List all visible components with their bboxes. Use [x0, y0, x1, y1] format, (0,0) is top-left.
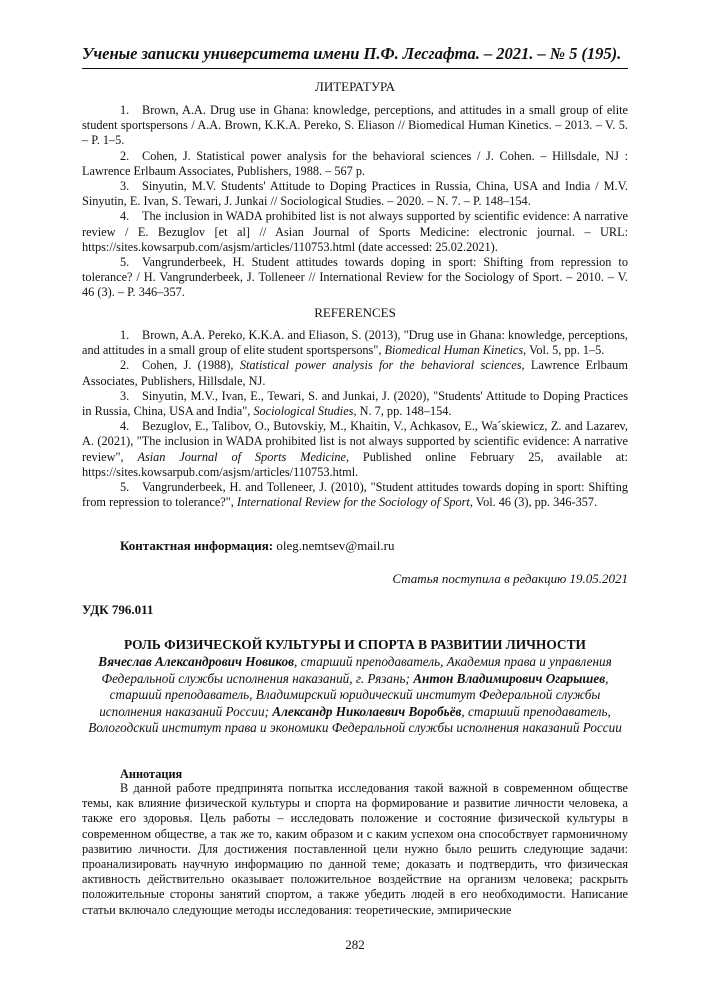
reference-item: 3.Sinyutin, M.V., Ivan, E., Tewari, S. a…: [82, 389, 628, 419]
article-title: РОЛЬ ФИЗИЧЕСКОЙ КУЛЬТУРЫ И СПОРТА В РАЗВ…: [82, 637, 628, 653]
reference-item: 5.Vangrunderbeek, H. and Tolleneer, J. (…: [82, 480, 628, 510]
contact-info: Контактная информация: oleg.nemtsev@mail…: [120, 538, 394, 554]
author-name: Вячеслав Александрович Новиков: [98, 654, 294, 669]
author-name: Александр Николаевич Воробьёв: [272, 704, 461, 719]
abstract-text: В данной работе предпринята попытка иссл…: [82, 781, 628, 918]
abstract-label: Аннотация: [120, 767, 182, 782]
literature-item: 2.Cohen, J. Statistical power analysis f…: [82, 149, 628, 179]
literature-heading: ЛИТЕРАТУРА: [82, 79, 628, 95]
page-number: 282: [82, 937, 628, 953]
contact-email[interactable]: oleg.nemtsev@mail.ru: [273, 538, 394, 553]
authors-block: Вячеслав Александрович Новиков, старший …: [82, 654, 628, 737]
contact-label: Контактная информация:: [120, 538, 273, 553]
reference-item: 2.Cohen, J. (1988), Statistical power an…: [82, 358, 628, 388]
literature-item: 4.The inclusion in WADA prohibited list …: [82, 209, 628, 255]
literature-list: 1.Brown, A.A. Drug use in Ghana: knowled…: [82, 103, 628, 301]
reference-item: 4.Bezuglov, E., Talibov, O., Butovskiy, …: [82, 419, 628, 480]
references-list: 1.Brown, A.A. Pereko, K.K.A. and Eliason…: [82, 328, 628, 510]
reference-item: 1.Brown, A.A. Pereko, K.K.A. and Eliason…: [82, 328, 628, 358]
literature-item: 3.Sinyutin, M.V. Students' Attitude to D…: [82, 179, 628, 209]
udk-code: УДК 796.011: [82, 602, 153, 618]
references-heading: REFERENCES: [82, 305, 628, 321]
literature-item: 5.Vangrunderbeek, H. Student attitudes t…: [82, 255, 628, 301]
author-name: Антон Владимирович Огарышев: [413, 671, 605, 686]
running-head: Ученые записки университета имени П.Ф. Л…: [82, 44, 628, 64]
header-rule: [82, 68, 628, 69]
literature-item: 1.Brown, A.A. Drug use in Ghana: knowled…: [82, 103, 628, 149]
received-date: Статья поступила в редакцию 19.05.2021: [392, 571, 628, 587]
